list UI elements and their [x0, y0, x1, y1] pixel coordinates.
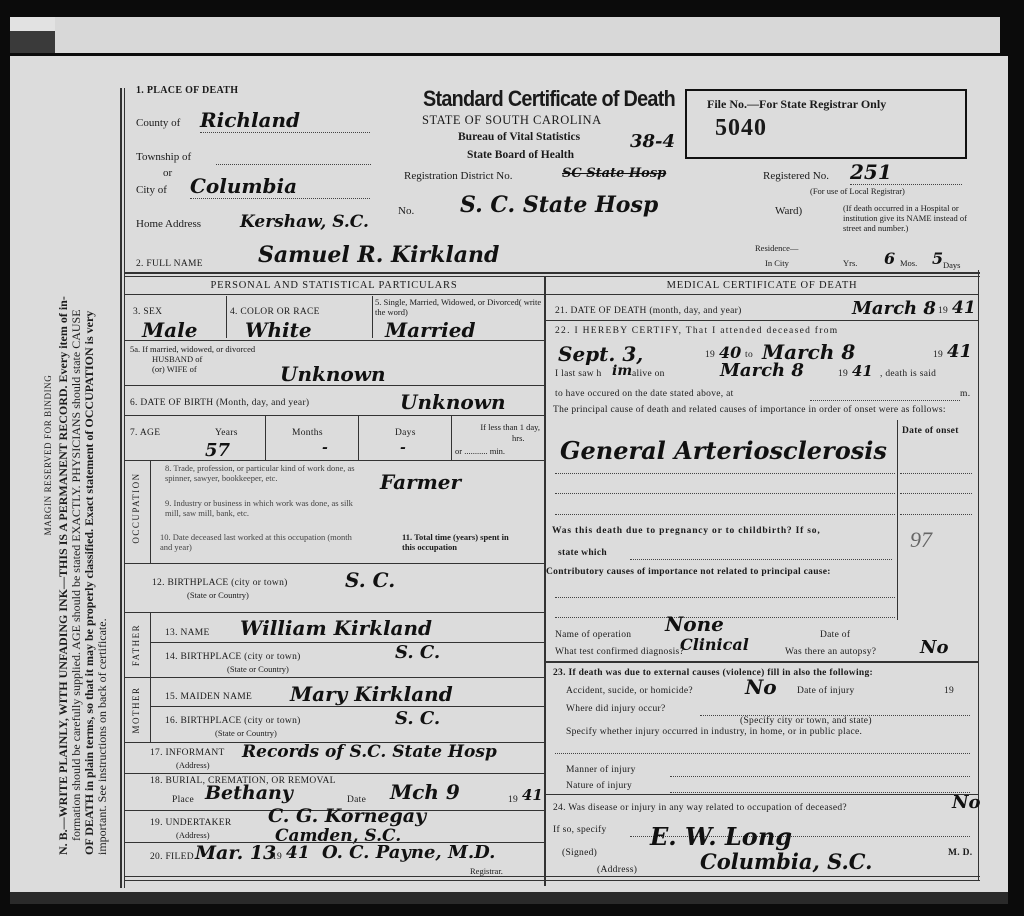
- registered-no-value: 251: [850, 160, 962, 185]
- local-registrar-note: (For use of Local Registrar): [810, 186, 905, 196]
- years-label: Years: [215, 428, 238, 438]
- form-left-border-inner: [124, 88, 125, 888]
- to-label: to: [745, 350, 753, 360]
- state-name: STATE OF SOUTH CAROLINA: [422, 113, 602, 128]
- last-saw-year-prefix: 19: [838, 369, 848, 379]
- spouse-label-2: HUSBAND of: [152, 354, 202, 364]
- col-line: [226, 296, 227, 338]
- age-years: 57: [205, 440, 230, 461]
- m-label: m.: [960, 389, 970, 399]
- trade-value: Farmer: [380, 470, 461, 494]
- hrs-label: hrs.: [512, 433, 525, 443]
- form-left-border: [120, 88, 122, 888]
- last-worked-label: 10. Date deceased last worked at this oc…: [160, 532, 360, 552]
- state-which-label: state which: [558, 548, 607, 558]
- col-line: [358, 416, 359, 460]
- race-label: 4. COLOR OR RACE: [230, 307, 320, 317]
- spouse-value: Unknown: [280, 362, 385, 386]
- specify-where-note: Specify whether injury occurred in indus…: [566, 727, 862, 737]
- dod-year-value: 41: [952, 298, 976, 318]
- home-address-label: Home Address: [136, 218, 201, 230]
- informant-label: 17. INFORMANT: [150, 748, 225, 758]
- specify-city-note: (Specify city or town, and state): [740, 716, 872, 726]
- cause-line: [555, 472, 895, 474]
- binding-margin: MARGIN RESERVED FOR BINDING N. B.—WRITE …: [42, 55, 109, 855]
- row-line: [124, 460, 544, 461]
- row-line: [124, 415, 544, 416]
- file-number-box: File No.—For State Registrar Only 5040: [685, 89, 967, 159]
- row-line: [124, 294, 544, 295]
- row-line: [124, 385, 544, 386]
- nature-label: Nature of injury: [566, 781, 632, 791]
- op-date-label: Date of: [820, 630, 850, 640]
- physician-address: Columbia, S.C.: [700, 849, 872, 874]
- registration-district-label: Registration District No.: [404, 170, 512, 182]
- or-label: or: [163, 167, 172, 179]
- mother-bp-value: S. C.: [395, 708, 440, 729]
- father-bp-value: S. C.: [395, 642, 440, 663]
- dod-value: March 8: [852, 298, 936, 319]
- col-line: [265, 416, 266, 460]
- age-days: -: [400, 440, 406, 456]
- ward-label: Ward): [775, 205, 802, 217]
- injury-place-field: [555, 752, 970, 754]
- county-label: County of: [136, 117, 180, 129]
- residence-months: 5: [932, 249, 943, 268]
- onset-line: [900, 492, 972, 494]
- contributory-line: [555, 596, 895, 598]
- col-line: [372, 296, 373, 338]
- test-label: What test confirmed diagnosis?: [555, 647, 684, 657]
- form-right-border: [978, 270, 979, 880]
- father-bp-sub: (State or Country): [227, 664, 289, 674]
- in-city-label: In City: [765, 258, 789, 268]
- onset-label: Date of onset: [902, 426, 959, 436]
- hospital-name: S. C. State Hosp: [460, 192, 658, 218]
- age-label: 7. AGE: [130, 428, 160, 438]
- last-saw-year: 41: [852, 362, 873, 380]
- home-address-value: Kershaw, S.C.: [240, 212, 369, 232]
- margin-note-line-4: important. See instructions on back of c…: [96, 55, 109, 855]
- filed-label: 20. FILED: [150, 852, 194, 862]
- row-line: [150, 642, 544, 643]
- birthplace-sub: (State or Country): [187, 590, 249, 600]
- dod-label: 21. DATE OF DEATH (month, day, and year): [555, 306, 742, 316]
- birthplace-label: 12. BIRTHPLACE (city or town): [152, 578, 288, 588]
- total-time-label: 11. Total time (years) spent in this occ…: [402, 532, 522, 552]
- row-line: [546, 320, 978, 321]
- place-of-death-heading: 1. PLACE OF DEATH: [136, 85, 238, 96]
- city-value: Columbia: [190, 174, 370, 199]
- manner-field: [670, 775, 970, 777]
- row-line: [124, 773, 544, 774]
- onset-mark: 97: [910, 527, 932, 553]
- to-year-prefix: 19: [933, 350, 943, 360]
- burial-date-value: Mch 9: [390, 780, 460, 804]
- sex-label: 3. SEX: [133, 307, 162, 317]
- bottom-border: [124, 876, 980, 877]
- certify-label: 22. I HEREBY CERTIFY, That I attended de…: [555, 326, 973, 336]
- board-name: State Board of Health: [467, 149, 574, 161]
- manner-label: Manner of injury: [566, 765, 636, 775]
- burial-year-prefix: 19: [508, 795, 518, 805]
- street-no-label: No.: [398, 205, 414, 217]
- township-field: [216, 163, 371, 165]
- race-value: White: [245, 318, 312, 342]
- scan-tab-top: [10, 17, 55, 31]
- operation-label: Name of operation: [555, 630, 631, 640]
- mother-bp-sub: (State or Country): [215, 728, 277, 738]
- informant-sub: (Address): [176, 760, 210, 770]
- pregnancy-label: Was this death due to pregnancy or to ch…: [552, 526, 821, 536]
- personal-heading: PERSONAL AND STATISTICAL PARTICULARS: [124, 280, 544, 291]
- margin-reserved-label: MARGIN RESERVED FOR BINDING: [42, 55, 55, 855]
- physician-signature: E. W. Long: [650, 822, 792, 851]
- filed-year-prefix: 19: [272, 852, 282, 862]
- occurred-label: to have occured on the date stated above…: [555, 389, 734, 399]
- time-of-death-field: [810, 399, 960, 401]
- header-divider: [124, 272, 980, 274]
- col-line: [150, 613, 151, 743]
- operation-value: None: [665, 612, 724, 636]
- dob-value: Unknown: [400, 390, 505, 414]
- attended-to-year: 41: [947, 341, 972, 362]
- trade-label: 8. Trade, profession, or particular kind…: [165, 463, 365, 483]
- undertaker-sub: (Address): [176, 830, 210, 840]
- mother-vertical-label: MOTHER: [131, 685, 141, 735]
- medical-heading: MEDICAL CERTIFICATE OF DEATH: [546, 280, 978, 291]
- registration-district-struck: SC State Hosp: [562, 166, 666, 181]
- row-line: [124, 340, 544, 341]
- contributory-line: [555, 616, 895, 618]
- row-line: [546, 661, 978, 663]
- marital-value: Married: [385, 318, 475, 342]
- less-than-day-label: If less than 1 day,: [455, 422, 540, 433]
- occupation-vertical-label: OCCUPATION: [131, 468, 141, 548]
- cause-of-death-value: General Arteriosclerosis: [560, 436, 887, 465]
- days-label: Days: [943, 260, 960, 270]
- burial-date-label: Date: [347, 795, 366, 805]
- residence-label: Residence—: [755, 243, 798, 253]
- md-label: M. D.: [948, 848, 972, 858]
- days-label: Days: [395, 428, 416, 438]
- state-which-field: [630, 558, 892, 560]
- age-months: -: [322, 440, 328, 456]
- cause-line: [555, 513, 895, 515]
- scan-bottom-edge: [10, 892, 1008, 904]
- accident-label: Accident, sucide, or homicide?: [566, 686, 693, 696]
- father-name-value: William Kirkland: [240, 616, 432, 640]
- sex-value: Male: [142, 318, 197, 342]
- bottom-border-2: [124, 880, 980, 881]
- accident-value: No: [745, 675, 777, 699]
- last-saw-label: I last saw h: [555, 369, 602, 379]
- min-label: or ........... min.: [455, 446, 505, 456]
- burial-place-value: Bethany: [205, 782, 293, 804]
- father-name-label: 13. NAME: [165, 628, 210, 638]
- hospital-note: (If death occurred in a Hospital or inst…: [843, 203, 968, 233]
- alive-on-label: alive on: [632, 369, 665, 379]
- scan-top-edge: [10, 17, 1000, 53]
- county-value: Richland: [200, 108, 370, 133]
- mos-label: Mos.: [900, 258, 917, 268]
- test-value: Clinical: [680, 635, 749, 654]
- injury-year-prefix: 19: [944, 686, 954, 696]
- filed-date-value: Mar. 13: [195, 842, 276, 864]
- full-name-label: 2. FULL NAME: [136, 259, 203, 269]
- signed-label: (Signed): [562, 848, 597, 858]
- spouse-label-1: 5a. If married, widowed, or divorced: [130, 344, 255, 354]
- onset-line: [900, 513, 972, 515]
- undertaker-label: 19. UNDERTAKER: [150, 818, 232, 828]
- nature-field: [670, 791, 970, 793]
- dod-year-prefix: 19: [938, 306, 948, 316]
- informant-value: Records of S.C. State Hosp: [242, 742, 497, 762]
- burial-year-value: 41: [522, 786, 543, 804]
- full-name-value: Samuel R. Kirkland: [258, 242, 499, 268]
- last-saw-date: March 8: [720, 360, 804, 381]
- cause-line: [555, 492, 895, 494]
- row-line: [546, 794, 978, 795]
- spouse-label-3: (or) WIFE of: [152, 364, 197, 374]
- months-label: Months: [292, 428, 323, 438]
- registrar-label: Registrar.: [470, 866, 503, 876]
- father-bp-label: 14. BIRTHPLACE (city or town): [165, 652, 301, 662]
- cause-label: The principal cause of death and related…: [553, 405, 973, 416]
- autopsy-label: Was there an autopsy?: [785, 647, 876, 657]
- burial-place-label: Place: [172, 795, 194, 805]
- township-label: Township of: [136, 151, 191, 163]
- death-said-label: , death is said: [880, 369, 936, 379]
- occupation-related-label: 24. Was disease or injury in any way rel…: [553, 803, 847, 813]
- row-line: [124, 563, 544, 564]
- file-number: 5040: [715, 115, 767, 142]
- registrar-signature: O. C. Payne, M.D.: [322, 842, 495, 863]
- file-box-label: File No.—For State Registrar Only: [707, 97, 886, 112]
- row-line: [150, 706, 544, 707]
- from-year-prefix: 19: [705, 350, 715, 360]
- mother-bp-label: 16. BIRTHPLACE (city or town): [165, 716, 301, 726]
- address-label: (Address): [597, 865, 637, 875]
- if-so-label: If so, specify: [553, 825, 607, 835]
- father-vertical-label: FATHER: [131, 620, 141, 670]
- col-line: [451, 416, 452, 460]
- city-label: City of: [136, 184, 167, 196]
- occupation-related-value: No: [952, 792, 980, 813]
- board-annotation: 38-4: [630, 131, 675, 152]
- certificate-title: Standard Certificate of Death: [423, 86, 675, 112]
- filed-year-value: 41: [286, 843, 310, 863]
- row-line: [124, 612, 544, 613]
- birthplace-value: S. C.: [345, 568, 395, 592]
- where-injury-label: Where did injury occur?: [566, 704, 665, 714]
- external-causes-label: 23. If death was due to external causes …: [553, 668, 873, 678]
- mother-name-value: Mary Kirkland: [290, 682, 453, 706]
- residence-years: 6: [884, 249, 895, 268]
- contributory-label: Contributory causes of importance not re…: [546, 567, 831, 577]
- row-line: [546, 294, 978, 295]
- bureau-name: Bureau of Vital Statistics: [458, 131, 580, 143]
- marital-label: 5. Single, Married, Widowed, or Divorced…: [375, 297, 543, 317]
- registered-no-label: Registered No.: [763, 170, 829, 182]
- industry-label: 9. Industry or business in which work wa…: [165, 498, 365, 518]
- row-line: [124, 677, 544, 678]
- onset-divider: [897, 420, 898, 620]
- dob-label: 6. DATE OF BIRTH (Month, day, and year): [130, 398, 309, 408]
- last-saw-pronoun: im: [612, 363, 632, 379]
- onset-line: [900, 472, 972, 474]
- injury-date-label: Date of injury: [797, 686, 855, 696]
- yrs-label: Yrs.: [843, 258, 857, 268]
- mother-name-label: 15. MAIDEN NAME: [165, 692, 252, 702]
- header-divider-2: [124, 276, 980, 277]
- col-line: [150, 461, 151, 564]
- undertaker-value: C. G. Kornegay: [268, 805, 426, 827]
- autopsy-value: No: [920, 637, 948, 658]
